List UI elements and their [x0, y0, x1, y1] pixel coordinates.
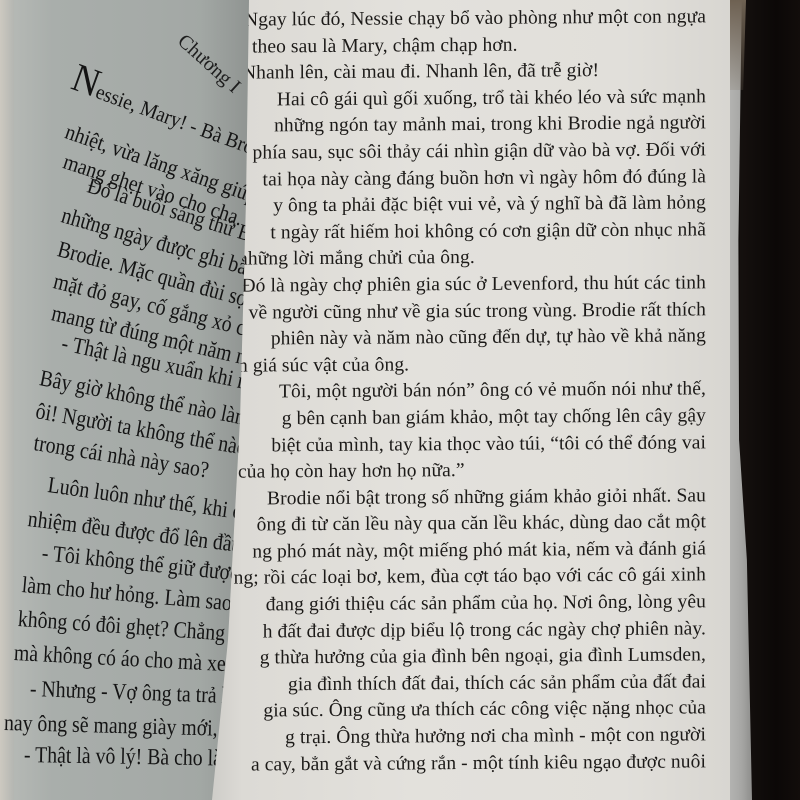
text-line: t ngày rất hiếm hoi không có cơn giận dữ… [220, 217, 720, 247]
text-line: g bên cạnh ban giám khảo, một tay chống … [220, 403, 720, 433]
text-line: những lời mắng chửi của ông. [220, 244, 720, 274]
text-line: ng phó mát này, một miếng phó mát kia, n… [220, 536, 720, 566]
text-line: ng; rồi các loại bơ, kem, đùa cợt táo bạ… [220, 563, 720, 593]
left-page-text: Chương I Nessie, Mary! - Bà Brodie vừa k… [0, 0, 260, 800]
text-line: gia đình thích đất đai, thích các sản ph… [220, 669, 720, 699]
text-line: h giá súc vật của ông. [220, 350, 720, 380]
text-line: Brodie nổi bật trong số những giám khảo … [220, 483, 720, 513]
text-line: g thừa hưởng của gia đình bên ngoại, gia… [220, 643, 720, 673]
text-line: gia súc. Ông cũng ưa thích các công việc… [220, 696, 720, 726]
text-line: a cay, bẳn gắt và cứng rắn - một tính ki… [220, 749, 720, 779]
text-line: phiên này và năm nào cũng đến dự, tự hào… [220, 323, 720, 353]
text-line: Tôi, một người bán nón” ông có vẻ muốn n… [220, 377, 720, 407]
text-line: mà không có áo cho mà xem. [13, 640, 246, 678]
text-line: Nhanh lên, cài mau đi. Nhanh lên, đã trễ… [220, 57, 720, 87]
text-line: biệt của mình, tay kia thọc vào túi, “tô… [220, 430, 720, 460]
right-page-text: Ngay lúc đó, Nessie chạy bổ vào phòng nh… [220, 6, 720, 777]
chapter-heading: Chương I [173, 30, 245, 98]
text-line: đang giới thiệu các sản phẩm của họ. Nơi… [220, 589, 720, 619]
book-photo: Ngay lúc đó, Nessie chạy bổ vào phòng nh… [0, 0, 800, 800]
text-line: của họ còn hay hơn họ nữa.” [220, 456, 720, 486]
text-line: , theo sau là Mary, chậm chạp hơn. [220, 31, 720, 61]
text-line: ông đi từ căn lều này qua căn lều khác, … [220, 510, 720, 540]
text-line: h đất đai được dịp biểu lộ trong các ngà… [220, 616, 720, 646]
text-line: tai họa này càng đáng buồn hơn vì ngày h… [220, 164, 720, 194]
text-line: Đó là ngày chợ phiên gia súc ở Levenford… [220, 270, 720, 300]
text-line: những ngón tay mảnh mai, trong khi Brodi… [220, 111, 720, 141]
text-line: g trại. Ông thừa hưởng nơi cha mình - mộ… [220, 722, 720, 752]
text-line: về người cũng như về gia súc trong vùng.… [220, 297, 720, 327]
text-line: Ngay lúc đó, Nessie chạy bổ vào phòng nh… [220, 4, 720, 34]
text-line: y ông ta phải đặc biệt vui vẻ, và ý nghĩ… [220, 190, 720, 220]
text-line: phía sau, sục sôi thảy cái nhìn giận dữ … [220, 137, 720, 167]
text-line: Hai cô gái quì gối xuống, trổ tài khéo l… [220, 84, 720, 114]
